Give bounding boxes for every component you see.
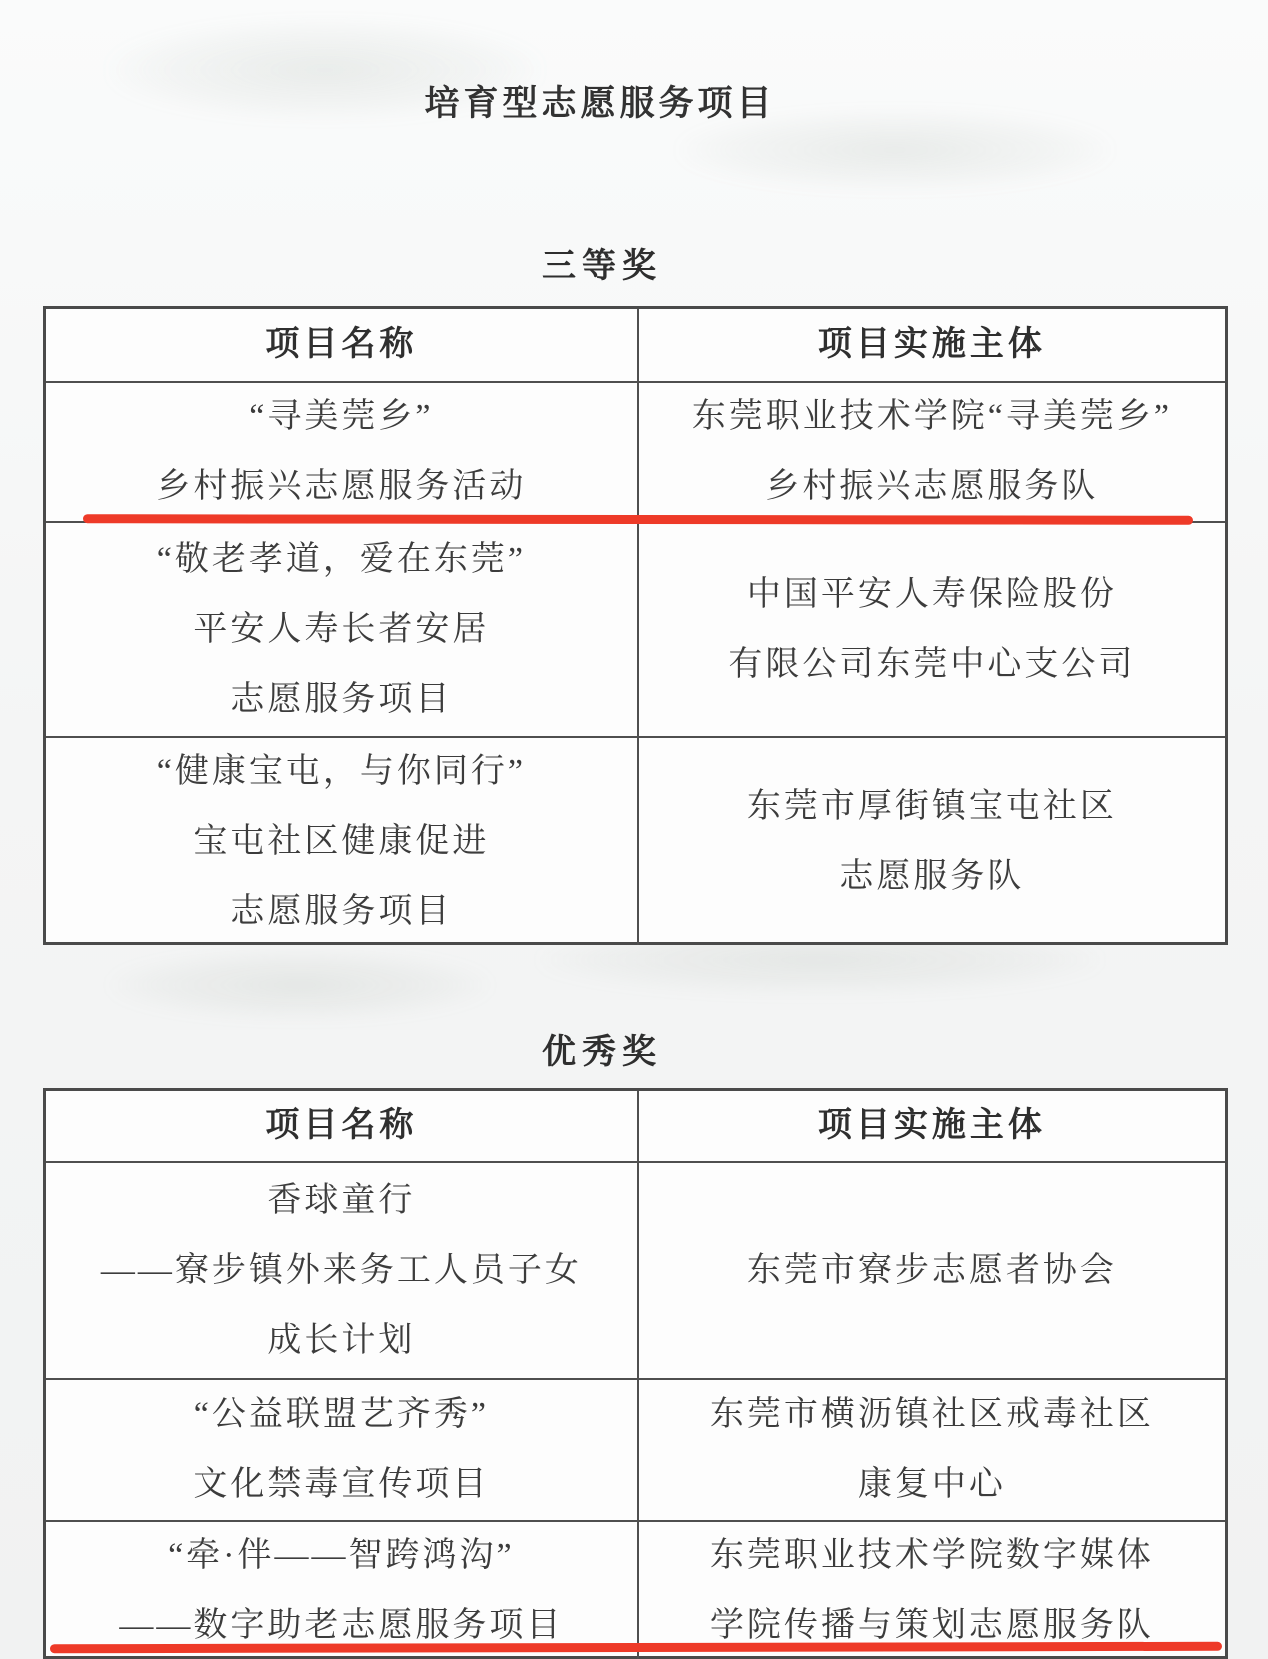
third-prize-table: 项目名称 项目实施主体 “寻美莞乡” 乡村振兴志愿服务活动 东莞职业技术学院“寻… (43, 306, 1228, 945)
page-title: 培育型志愿服务项目 (0, 76, 1200, 126)
implementer-cell: 中国平安人寿保险股份 有限公司东莞中心支公司 (637, 523, 1225, 736)
project-name-cell: “牵·伴——智跨鸿沟” ——数字助老志愿服务项目 (46, 1522, 637, 1659)
table-row: “敬老孝道，爱在东莞” 平安人寿长者安居 志愿服务项目 中国平安人寿保险股份 有… (46, 521, 1225, 736)
implementer-cell: 东莞市寮步志愿者协会 (637, 1163, 1225, 1378)
project-name-cell: “健康宝屯，与你同行” 宝屯社区健康促进 志愿服务项目 (46, 738, 637, 945)
table-header-row: 项目名称 项目实施主体 (46, 309, 1225, 381)
section-heading-third-prize: 三等奖 (0, 238, 1204, 287)
table-row: “牵·伴——智跨鸿沟” ——数字助老志愿服务项目 东莞职业技术学院数字媒体 学院… (46, 1520, 1225, 1659)
red-underline-annotation (83, 514, 1193, 525)
project-name-cell: “公益联盟艺齐秀” 文化禁毒宣传项目 (46, 1380, 637, 1520)
column-header-project-name: 项目名称 (46, 1091, 637, 1161)
section-heading-excellence-award: 优秀奖 (0, 1024, 1204, 1073)
project-name-cell: “寻美莞乡” 乡村振兴志愿服务活动 (46, 383, 637, 521)
implementer-cell: 东莞职业技术学院数字媒体 学院传播与策划志愿服务队 (637, 1522, 1225, 1659)
implementer-cell: 东莞市横沥镇社区戒毒社区 康复中心 (637, 1380, 1225, 1520)
table-header-row: 项目名称 项目实施主体 (46, 1091, 1225, 1161)
excellence-award-table: 项目名称 项目实施主体 香球童行 ——寮步镇外来务工人员子女 成长计划 东莞市寮… (43, 1088, 1228, 1659)
project-name-cell: 香球童行 ——寮步镇外来务工人员子女 成长计划 (46, 1163, 637, 1378)
column-header-project-name: 项目名称 (46, 309, 637, 381)
scan-bleed-smudge (110, 950, 490, 1020)
column-header-implementer: 项目实施主体 (637, 1091, 1225, 1161)
table-row: “寻美莞乡” 乡村振兴志愿服务活动 东莞职业技术学院“寻美莞乡” 乡村振兴志愿服… (46, 381, 1225, 521)
implementer-cell: 东莞职业技术学院“寻美莞乡” 乡村振兴志愿服务队 (637, 383, 1225, 521)
project-name-cell: “敬老孝道，爱在东莞” 平安人寿长者安居 志愿服务项目 (46, 523, 637, 736)
column-header-implementer: 项目实施主体 (637, 309, 1225, 381)
implementer-cell: 东莞市厚街镇宝屯社区 志愿服务队 (637, 738, 1225, 945)
table-row: “公益联盟艺齐秀” 文化禁毒宣传项目 东莞市横沥镇社区戒毒社区 康复中心 (46, 1378, 1225, 1520)
table-row: “健康宝屯，与你同行” 宝屯社区健康促进 志愿服务项目 东莞市厚街镇宝屯社区 志… (46, 736, 1225, 945)
table-row: 香球童行 ——寮步镇外来务工人员子女 成长计划 东莞市寮步志愿者协会 (46, 1161, 1225, 1378)
